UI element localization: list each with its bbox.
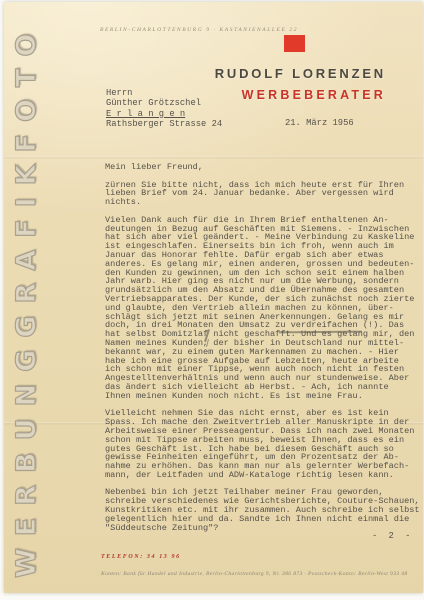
red-square-logo [284, 35, 305, 52]
paper-fold-crease [4, 156, 423, 159]
recipient-salutation-line: Herrn [106, 88, 222, 98]
letter-date: 21. März 1956 [285, 118, 354, 128]
letter-body: Mein lieber Freund, zürnen Sie bitte nic… [105, 163, 420, 541]
recipient-address-block: Herrn Günther Grötzschel E r l a n g e n… [106, 88, 222, 130]
letterhead-brand-title: WERBEBERATER [242, 88, 386, 102]
letterhead-brand-name: RUDOLF LORENZEN [215, 66, 386, 81]
letter-paragraph-3: Vielleicht nehmen Sie das nicht ernst, a… [105, 409, 420, 479]
letterhead-address-line: BERLIN-CHARLOTTENBURG 9 · KASTANIENALLEE… [100, 27, 298, 33]
recipient-name: Günther Grötzschel [106, 98, 222, 108]
recipient-city: E r l a n g e n [106, 109, 222, 119]
vertical-banner-text: WERBUNGGRAFIKFOTO [6, 14, 48, 586]
page-number: - 2 - [372, 531, 413, 541]
letter-paragraph-2: Vielen Dank auch für die in Ihrem Brief … [105, 216, 420, 401]
footer-bank-line: Konten: Bank für Handel und Industrie, B… [101, 571, 408, 577]
footer-telefon-line: TELEFON: 34 13 96 [101, 554, 181, 560]
letter-paragraph-1: zürnen Sie bitte nicht, dass ich mich he… [105, 181, 420, 207]
letter-paragraph-4: Nebenbei bin ich jetzt Teilhaber meiner … [105, 488, 420, 532]
letter-salutation: Mein lieber Freund, [105, 163, 420, 172]
recipient-street: Rathsberger Strasse 24 [106, 119, 222, 129]
